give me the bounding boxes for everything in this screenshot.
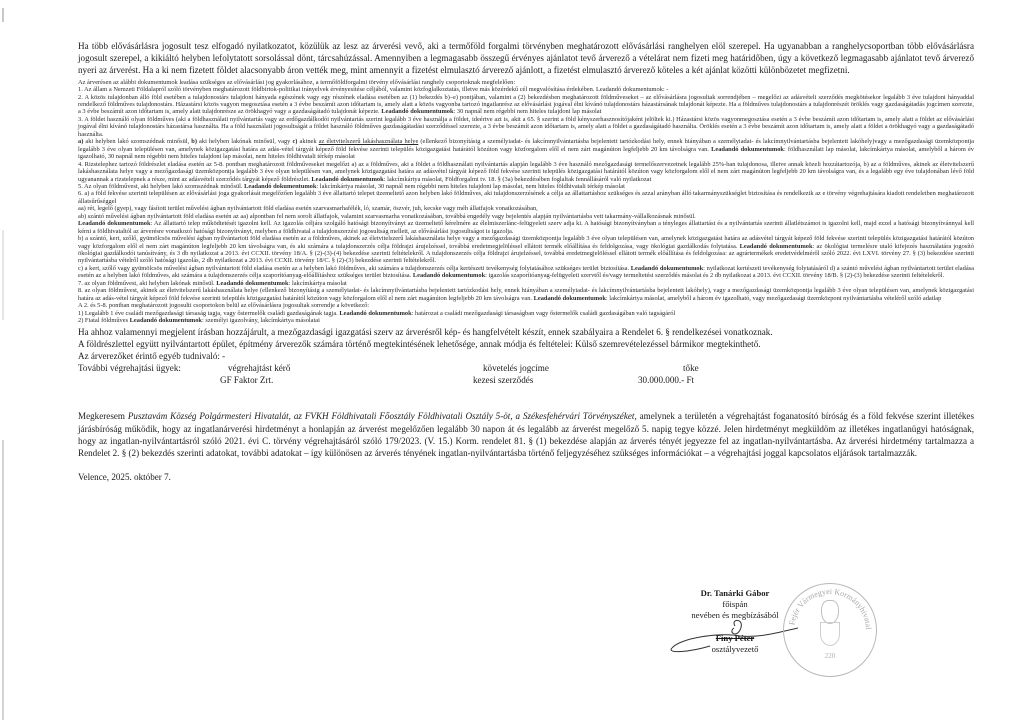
cell-principal: 30.000.000.- Ft [638,374,694,386]
header-claim-title: követelés jogcíme [483,362,549,374]
rule-6c: c) a kert, szőlő vagy gyümölcsös művelés… [78,265,974,280]
stamp-number: 220 [784,652,876,660]
header-principal: tőke [683,362,699,374]
scan-edge-mark [2,440,4,720]
scan-edge-mark [2,8,4,22]
coat-of-arms-icon [821,600,839,624]
header-requester: végrehajtást kérő [228,362,290,374]
cell-claim-title: kezesi szerződés [473,374,533,386]
rule-6a: 6. a) a föld fekvése szerinti települése… [78,190,974,205]
intro-paragraph: Ha több elővásárlásra jogosult tesz elfo… [78,40,974,77]
rule-3: 3. A földet használó olyan földműves (ak… [78,116,974,161]
rule-1: 1. Az állam a Nemzeti Földalapról szóló … [78,86,974,93]
rules-intro: Az árverésen az alábbi dokumentumok lead… [78,79,974,86]
place-date: Velence, 2025. október 7. [78,472,974,482]
request-paragraph: Megkeresem Pusztavám Község Polgármester… [78,410,974,459]
signatory-name: Dr. Tanárki Gábor [670,588,800,599]
rule-6-docs: Leadandó dokumentumok: Az állattartó tel… [78,220,974,235]
rule-6b: b) a szántó, kert, szőlő, gyümölcsös műv… [78,235,974,265]
official-stamp-icon: Fejér Vármegyei Kormányhivatal 220 [783,583,877,677]
cell-requester: GF Faktor Zrt. [220,374,273,386]
auction-notes: Ha ahhoz valamennyi megjelent írásban ho… [78,326,974,363]
rule-8: 8. az olyan földművest, akinek az életvi… [78,287,974,302]
other-info-note: Az árverezőket érintő egyéb tudnivaló: - [78,350,974,362]
enforcement-cases-table: További végrehajtási ügyek: végrehajtást… [78,362,974,400]
rule-7: 7. az olyan földművest, aki helyben lakó… [78,280,974,287]
document-page: Ha több elővásárlásra jogosult tesz elfo… [78,40,974,482]
rule-5: 5. Az olyan földművest, aki helyben lakó… [78,183,974,190]
preemption-rules-block: Az árverésen az alábbi dokumentumok lead… [78,79,974,325]
rule-6ab: ab) szántó művelési ágban nyilvántartott… [78,213,974,220]
ranking-1: 1) Legalább 1 éve családi mezőgazdasági … [78,310,974,317]
ranking-2: 2) Fiatal földműves Leadandó dokumentumo… [78,317,974,324]
cases-label: További végrehajtási ügyek: [78,362,181,374]
signatory-title: főispán [670,599,800,610]
recording-note: Ha ahhoz valamennyi megjelent írásban ho… [78,326,974,338]
rule-2: 2. A közös tulajdonban álló föld esetébe… [78,94,974,116]
rule-6aa: aa) rét, legelő (gyep), vagy fásított te… [78,205,974,212]
viewing-note: A földrészlettel együtt nyilvántartott é… [78,338,974,350]
scan-edge-mark [2,230,4,320]
ranking-intro: A 2. és 5-8. pontban meghatározott jogos… [78,302,974,309]
handwritten-signature-icon [660,618,800,658]
coat-of-arms-shield-icon [820,622,840,646]
rule-4: 4. Rizstelephez tartozó földrészlet elad… [78,161,974,183]
